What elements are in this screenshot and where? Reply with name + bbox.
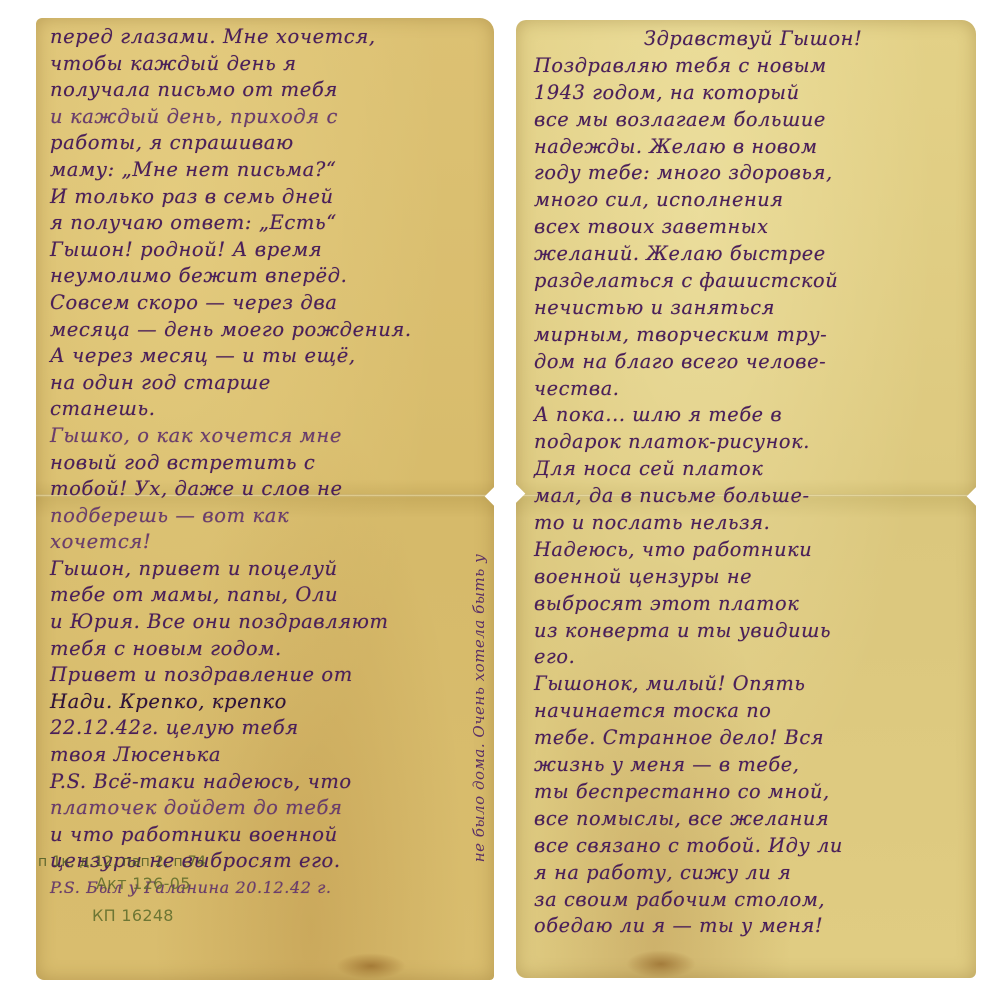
text-line: чтобы каждый день я <box>50 51 472 78</box>
handwritten-text-block: перед глазами. Мне хочется, чтобы каждый… <box>50 24 472 902</box>
text-line: всех твоих заветных <box>534 214 954 241</box>
text-line: подарок платок-рисунок. <box>534 429 954 456</box>
text-line: Поздравляю тебя с новым <box>534 53 954 80</box>
text-line: мирным, творческим тру- <box>534 322 954 349</box>
text-line: выбросят этот платок <box>534 591 954 618</box>
text-line: месяца — день моего рождения. <box>50 317 472 344</box>
text-line: Надеюсь, что работники <box>534 537 954 564</box>
text-line: И только раз в семь дней <box>50 184 472 211</box>
text-line: и Юрия. Все они поздравляют <box>50 609 472 636</box>
text-line: желаний. Желаю быстрее <box>534 241 954 268</box>
text-line: его. <box>534 644 954 671</box>
text-line: станешь. <box>50 396 472 423</box>
text-line: и что работники военной <box>50 822 472 849</box>
text-line: за своим рабочим столом, <box>534 887 954 914</box>
text-line: подберешь — вот как <box>50 503 472 530</box>
text-line: начинается тоска по <box>534 698 954 725</box>
vertical-margin-note: не было дома. Очень хотела быть у <box>468 438 490 978</box>
censor-stamp-line: Акт 126-05 <box>96 874 191 893</box>
text-line: Совсем скоро — через два <box>50 290 472 317</box>
text-line: неумолимо бежит вперёд. <box>50 263 472 290</box>
margin-note-text: не было дома. Очень хотела быть у <box>470 554 488 863</box>
text-line: 1943 годом, на который <box>534 80 954 107</box>
text-line: А пока... шлю я тебе в <box>534 402 954 429</box>
letter-page-left: перед глазами. Мне хочется, чтобы каждый… <box>36 18 494 980</box>
text-line: Гышон! родной! А время <box>50 237 472 264</box>
handwritten-text-block: Здравствуй Гышон! Поздравляю тебя с новы… <box>534 26 954 940</box>
text-line: все связано с тобой. Иду ли <box>534 833 954 860</box>
text-line: хочется! <box>50 529 472 556</box>
text-line: Гышон, привет и поцелуй <box>50 556 472 583</box>
text-line: я получаю ответ: „Есть“ <box>50 210 472 237</box>
text-line: то и послать нельзя. <box>534 510 954 537</box>
text-line: Привет и поздравление от <box>50 662 472 689</box>
text-line: все помыслы, все желания <box>534 806 954 833</box>
text-line: надежды. Желаю в новом <box>534 134 954 161</box>
text-line: получала письмо от тебя <box>50 77 472 104</box>
censor-stamp-line: п 1к, д.12, пап 2, п.74 <box>38 854 206 870</box>
text-line: мал, да в письме больше- <box>534 483 954 510</box>
text-line: нечистью и заняться <box>534 295 954 322</box>
text-line: платочек дойдет до тебя <box>50 795 472 822</box>
text-line: году тебе: много здоровья, <box>534 160 954 187</box>
text-line: и каждый день, приходя с <box>50 104 472 131</box>
paper-stain <box>336 953 406 979</box>
text-line: тобой! Ух, даже и слов не <box>50 476 472 503</box>
text-line: тебе. Странное дело! Вся <box>534 725 954 752</box>
text-line: работы, я спрашиваю <box>50 130 472 157</box>
text-line: обедаю ли я — ты у меня! <box>534 913 954 940</box>
text-line: Для носа сей платок <box>534 456 954 483</box>
text-line: на один год старше <box>50 370 472 397</box>
text-line: маму: „Мне нет письма?“ <box>50 157 472 184</box>
text-line: А через месяц — и ты ещё, <box>50 343 472 370</box>
text-line: из конверта и ты увидишь <box>534 618 954 645</box>
text-line: много сил, исполнения <box>534 187 954 214</box>
text-line: новый год встретить с <box>50 450 472 477</box>
paper-tear-notch <box>967 484 976 507</box>
text-line: 22.12.42г. целую тебя <box>50 715 472 742</box>
text-line: чества. <box>534 376 954 403</box>
text-line: дом на благо всего челове- <box>534 349 954 376</box>
letter-page-right: Здравствуй Гышон! Поздравляю тебя с новы… <box>516 20 976 978</box>
text-line: ты беспрестанно со мной, <box>534 779 954 806</box>
text-line: все мы возлагаем большие <box>534 107 954 134</box>
text-line: Нади. Крепко, крепко <box>50 689 472 716</box>
text-line: Гышонок, милый! Опять <box>534 671 954 698</box>
greeting-line: Здравствуй Гышон! <box>534 26 954 53</box>
text-line: военной цензуры не <box>534 564 954 591</box>
text-line: разделаться с фашистской <box>534 268 954 295</box>
text-line: тебя с новым годом. <box>50 636 472 663</box>
text-line: Гышко, о как хочется мне <box>50 423 472 450</box>
text-line: жизнь у меня — в тебе, <box>534 752 954 779</box>
text-line: перед глазами. Мне хочется, <box>50 24 472 51</box>
paper-stain <box>626 950 696 978</box>
text-line: тебе от мамы, папы, Оли <box>50 582 472 609</box>
signature-line: твоя Люсенька <box>50 742 472 769</box>
postscript-line: P.S. Всё-таки надеюсь, что <box>50 769 472 796</box>
text-line: я на работу, сижу ли я <box>534 860 954 887</box>
censor-stamp-line: КП 16248 <box>92 906 174 925</box>
